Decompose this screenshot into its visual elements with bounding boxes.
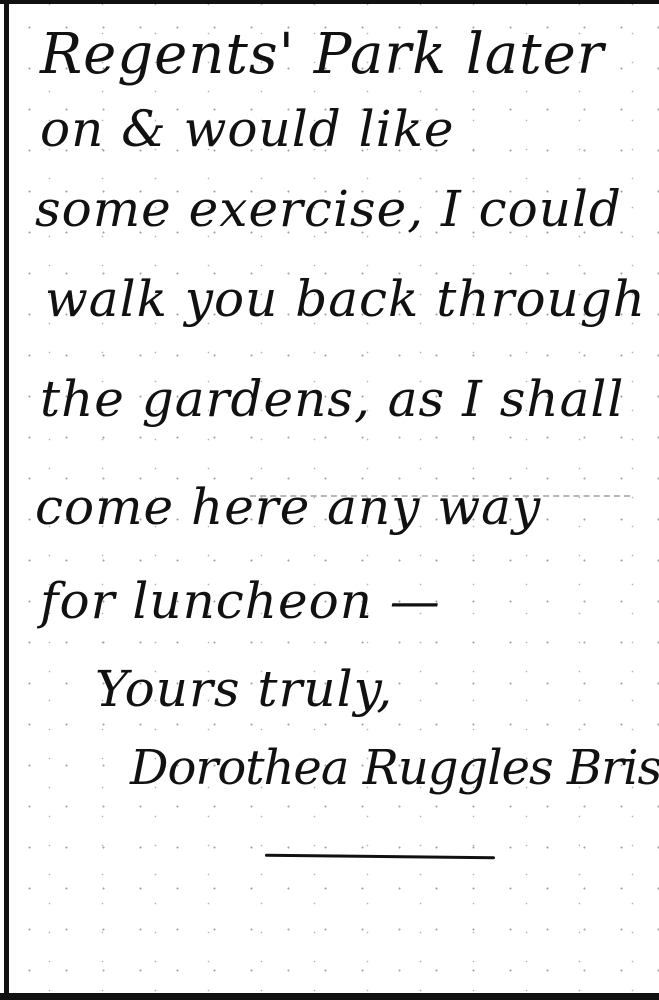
- letter-line-3: some exercise, I could: [35, 180, 622, 238]
- letter-line-1: Regents' Park later: [40, 22, 605, 87]
- letter-closing: Yours truly,: [95, 660, 393, 718]
- letter-page: Regents' Park later on & would like some…: [0, 0, 659, 1000]
- letter-line-2: on & would like: [40, 100, 454, 158]
- scan-left-notch: [0, 155, 4, 169]
- scan-top-border: [0, 0, 659, 4]
- scan-bottom-border: [0, 993, 659, 1000]
- letter-line-5: the gardens, as I shall: [40, 370, 624, 428]
- letter-line-4: walk you back through: [45, 270, 646, 328]
- letter-line-7: for luncheon —: [40, 572, 441, 630]
- letter-line-6: come here any way: [35, 478, 541, 536]
- scan-left-border: [4, 0, 9, 1000]
- signature: Dorothea Ruggles Brise: [130, 740, 659, 796]
